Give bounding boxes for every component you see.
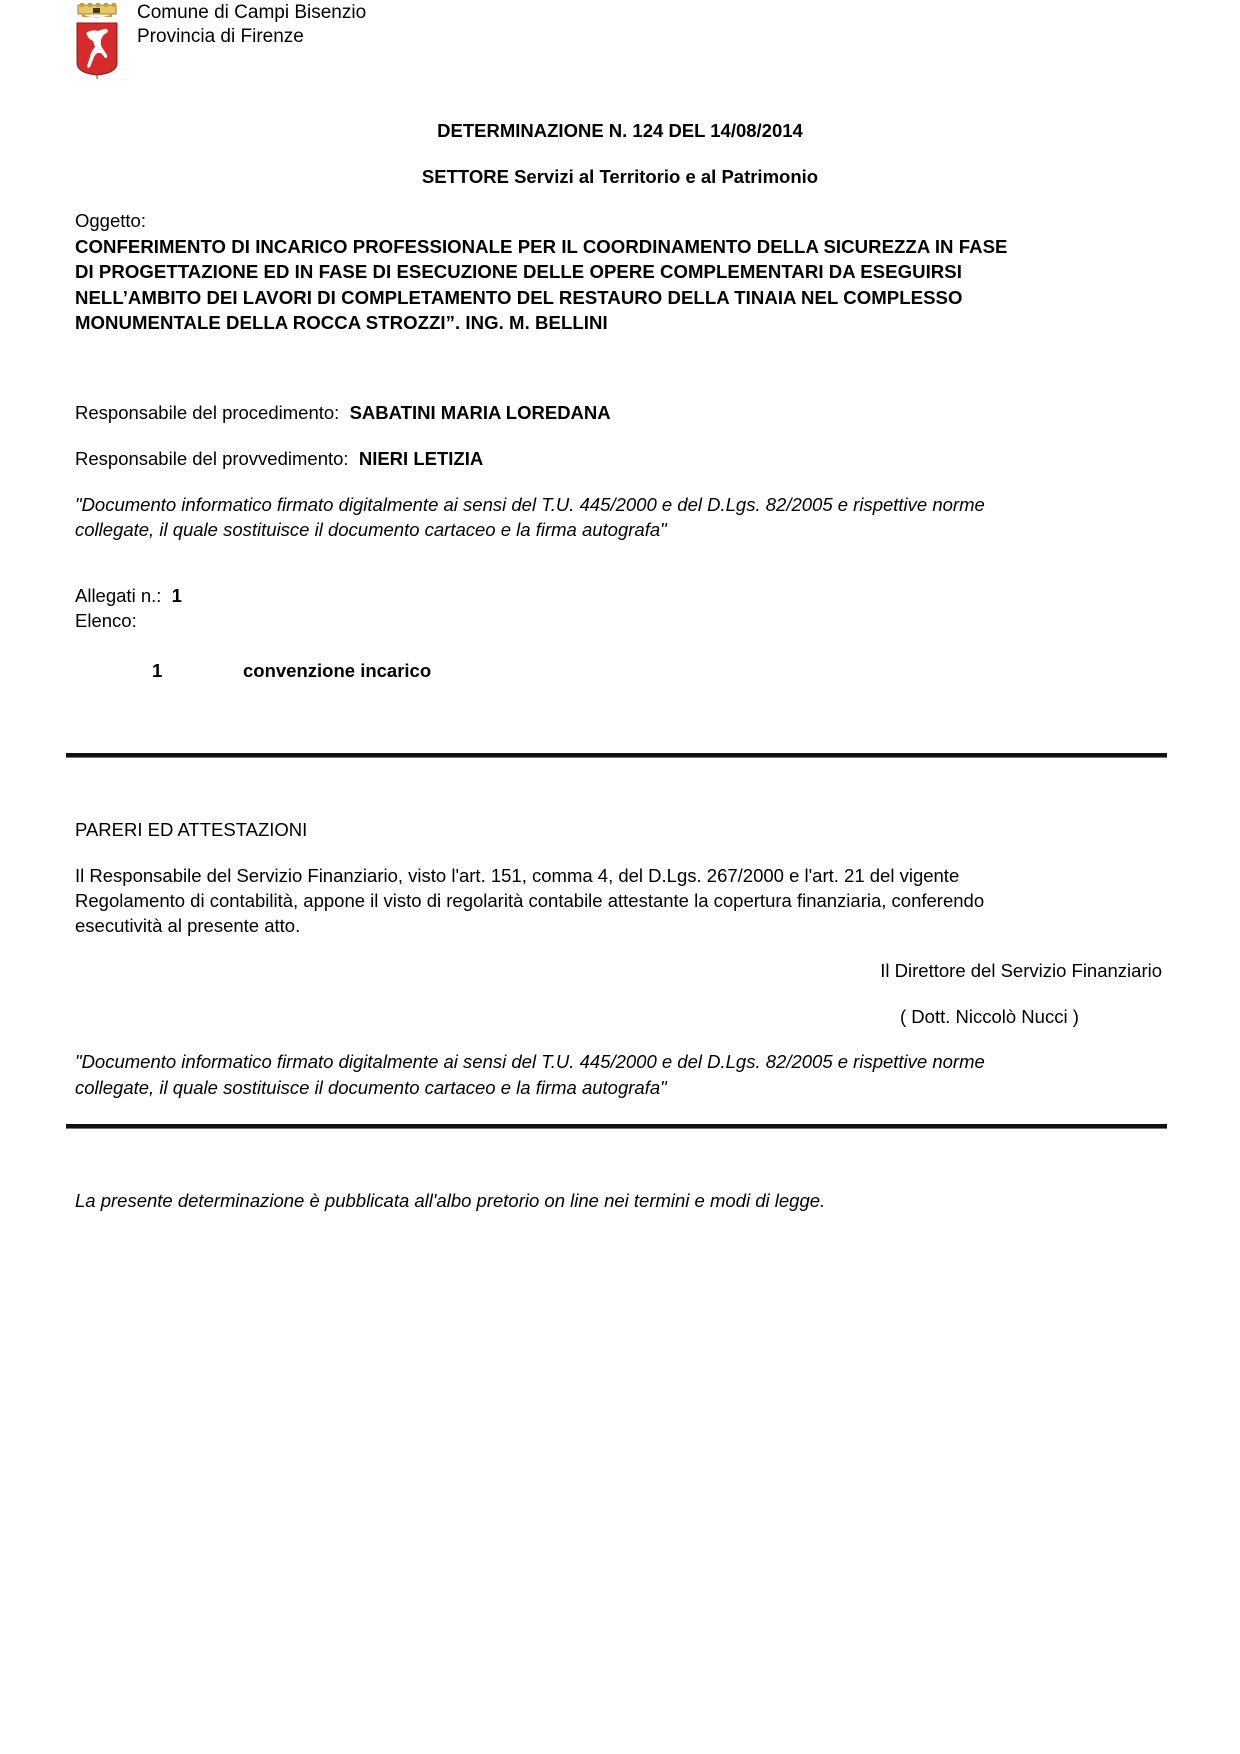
attachment-number: 1	[152, 662, 162, 681]
document-title: DETERMINAZIONE N. 124 DEL 14/08/2014	[0, 122, 1240, 141]
sector-heading: SETTORE Servizi al Territorio e al Patri…	[0, 168, 1240, 187]
signer-name: ( Dott. Niccolò Nucci )	[900, 1008, 1079, 1027]
procedure-responsible-label: Responsabile del procedimento:	[75, 402, 339, 423]
measure-responsible-label: Responsabile del provvedimento:	[75, 448, 349, 469]
municipality-name: Comune di Campi Bisenzio	[137, 3, 366, 22]
opinions-paragraph-line: esecutività al presente atto.	[75, 917, 300, 936]
attachments-count-label: Allegati n.:	[75, 585, 161, 606]
coat-of-arms-icon	[74, 3, 120, 79]
opinions-heading: PARERI ED ATTESTAZIONI	[75, 821, 307, 840]
section-divider	[66, 753, 1167, 758]
procedure-responsible-name: SABATINI MARIA LOREDANA	[350, 402, 611, 423]
digital-signature-note-2: "Documento informatico firmato digitalme…	[75, 1053, 985, 1072]
attachments-count: Allegati n.: 1	[75, 587, 182, 606]
digital-signature-note-2: collegate, il quale sostituisce il docum…	[75, 1079, 667, 1098]
digital-signature-note: collegate, il quale sostituisce il docum…	[75, 521, 667, 540]
digital-signature-note: "Documento informatico firmato digitalme…	[75, 496, 985, 515]
subject-line: CONFERIMENTO DI INCARICO PROFESSIONALE P…	[75, 238, 1008, 257]
publication-note: La presente determinazione è pubblicata …	[75, 1192, 825, 1211]
attachments-list-label: Elenco:	[75, 612, 137, 631]
subject-line: DI PROGETTAZIONE ED IN FASE DI ESECUZION…	[75, 263, 962, 282]
measure-responsible-name: NIERI LETIZIA	[359, 448, 483, 469]
opinions-paragraph-line: Il Responsabile del Servizio Finanziario…	[75, 867, 959, 886]
section-divider	[66, 1124, 1167, 1129]
province-name: Provincia di Firenze	[137, 27, 304, 46]
subject-line: MONUMENTALE DELLA ROCCA STROZZI”. ING. M…	[75, 314, 608, 333]
opinions-paragraph-line: Regolamento di contabilità, appone il vi…	[75, 892, 984, 911]
procedure-responsible: Responsabile del procedimento: SABATINI …	[75, 404, 611, 423]
signer-role: Il Direttore del Servizio Finanziario	[880, 962, 1162, 981]
subject-label: Oggetto:	[75, 212, 146, 231]
subject-line: NELL’AMBITO DEI LAVORI DI COMPLETAMENTO …	[75, 289, 963, 308]
attachment-link[interactable]: convenzione incarico	[243, 662, 431, 681]
measure-responsible: Responsabile del provvedimento: NIERI LE…	[75, 450, 483, 469]
attachments-count-value: 1	[172, 585, 182, 606]
